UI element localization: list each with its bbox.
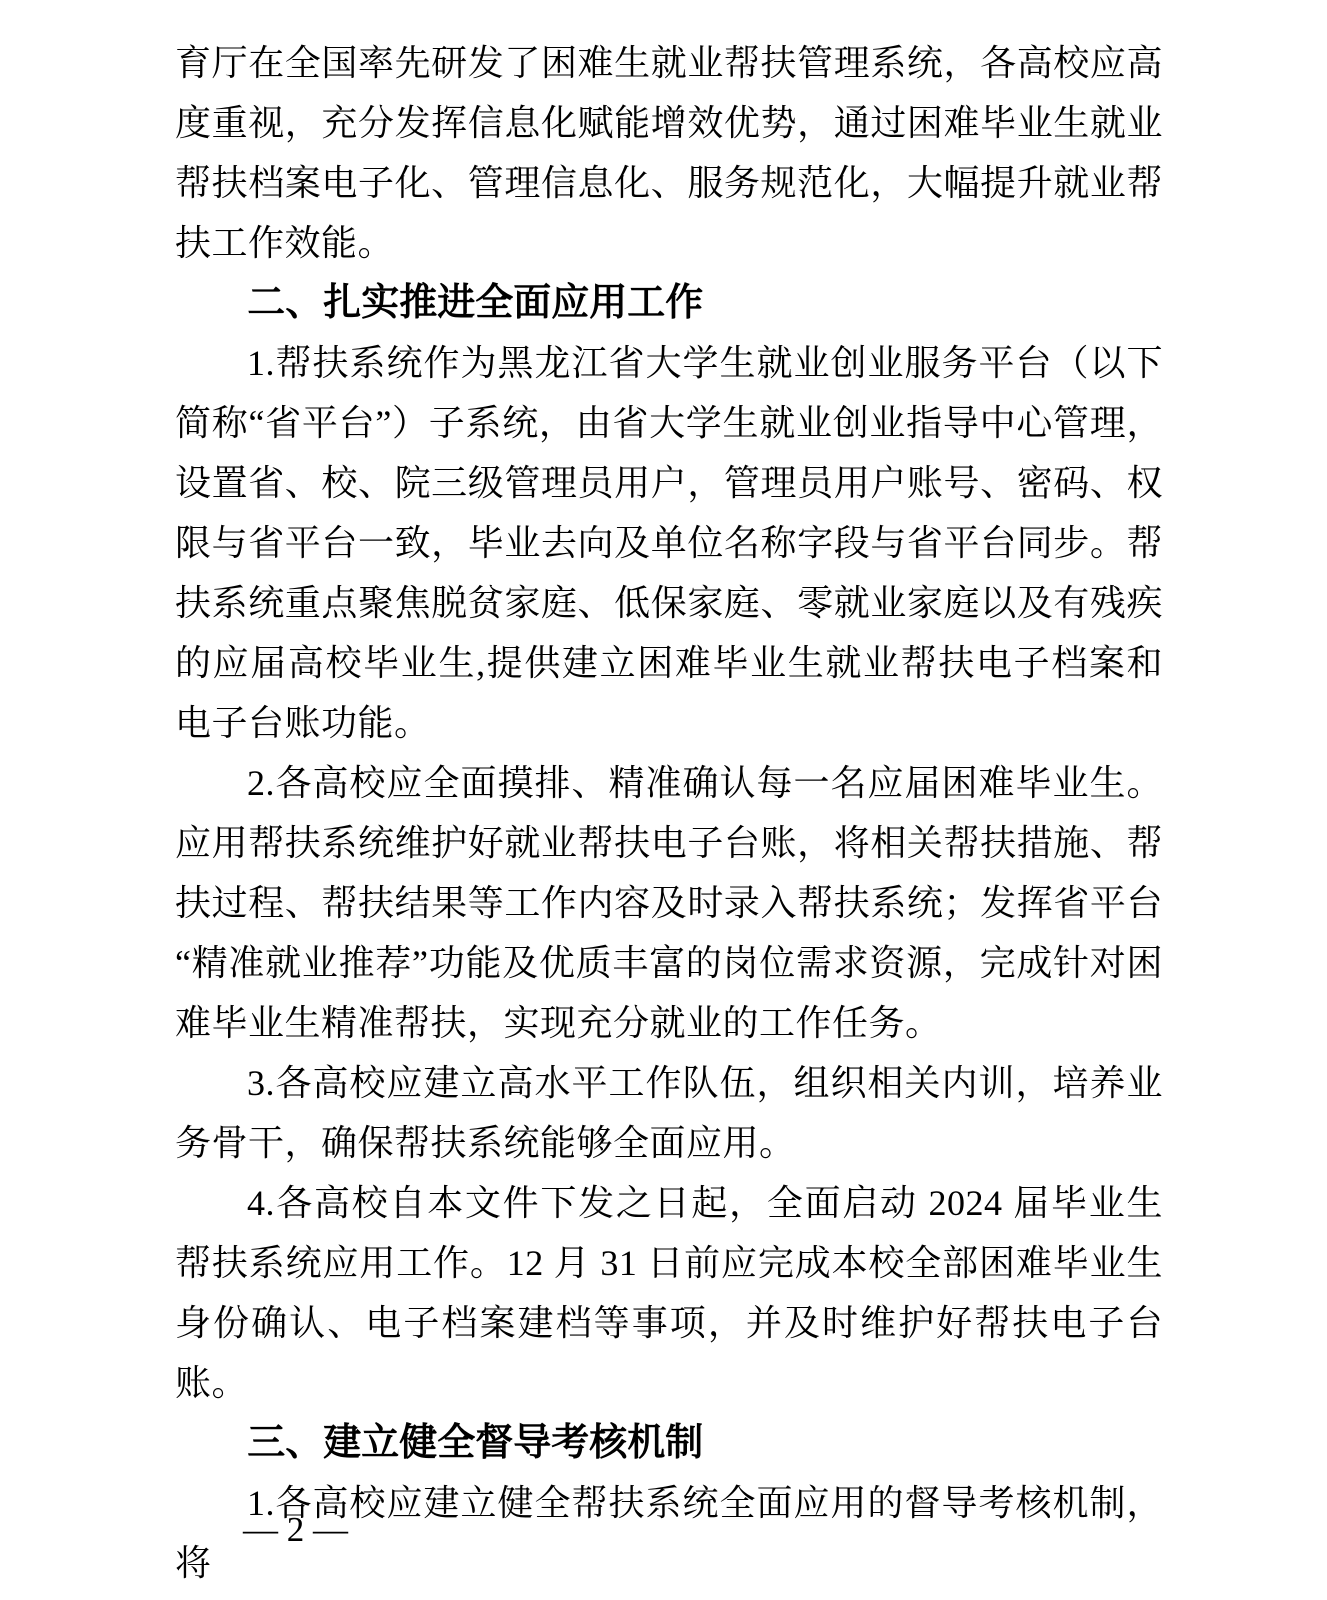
paragraph-continued-from-previous-page: 育厅在全国率先研发了困难生就业帮扶管理系统，各高校应高度重视，充分发挥信息化赋能…: [175, 33, 1163, 273]
page-number: — 2 —: [243, 1506, 348, 1554]
paragraph-item-2: 2.各高校应全面摸排、精准确认每一名应届困难毕业生。应用帮扶系统维护好就业帮扶电…: [175, 753, 1163, 1053]
section-heading-3: 三、建立健全督导考核机制: [175, 1413, 1163, 1473]
paragraph-item-1: 1.帮扶系统作为黑龙江省大学生就业创业服务平台（以下简称“省平台”）子系统，由省…: [175, 333, 1163, 753]
text-block: 育厅在全国率先研发了困难生就业帮扶管理系统，各高校应高度重视，充分发挥信息化赋能…: [175, 33, 1163, 1593]
paragraph-item-4: 4.各高校自本文件下发之日起，全面启动 2024 届毕业生帮扶系统应用工作。12…: [175, 1173, 1163, 1413]
document-page: 育厅在全国率先研发了困难生就业帮扶管理系统，各高校应高度重视，充分发挥信息化赋能…: [0, 0, 1327, 1600]
paragraph-item-3: 3.各高校应建立高水平工作队伍，组织相关内训，培养业务骨干，确保帮扶系统能够全面…: [175, 1053, 1163, 1173]
section-heading-2: 二、扎实推进全面应用工作: [175, 273, 1163, 333]
